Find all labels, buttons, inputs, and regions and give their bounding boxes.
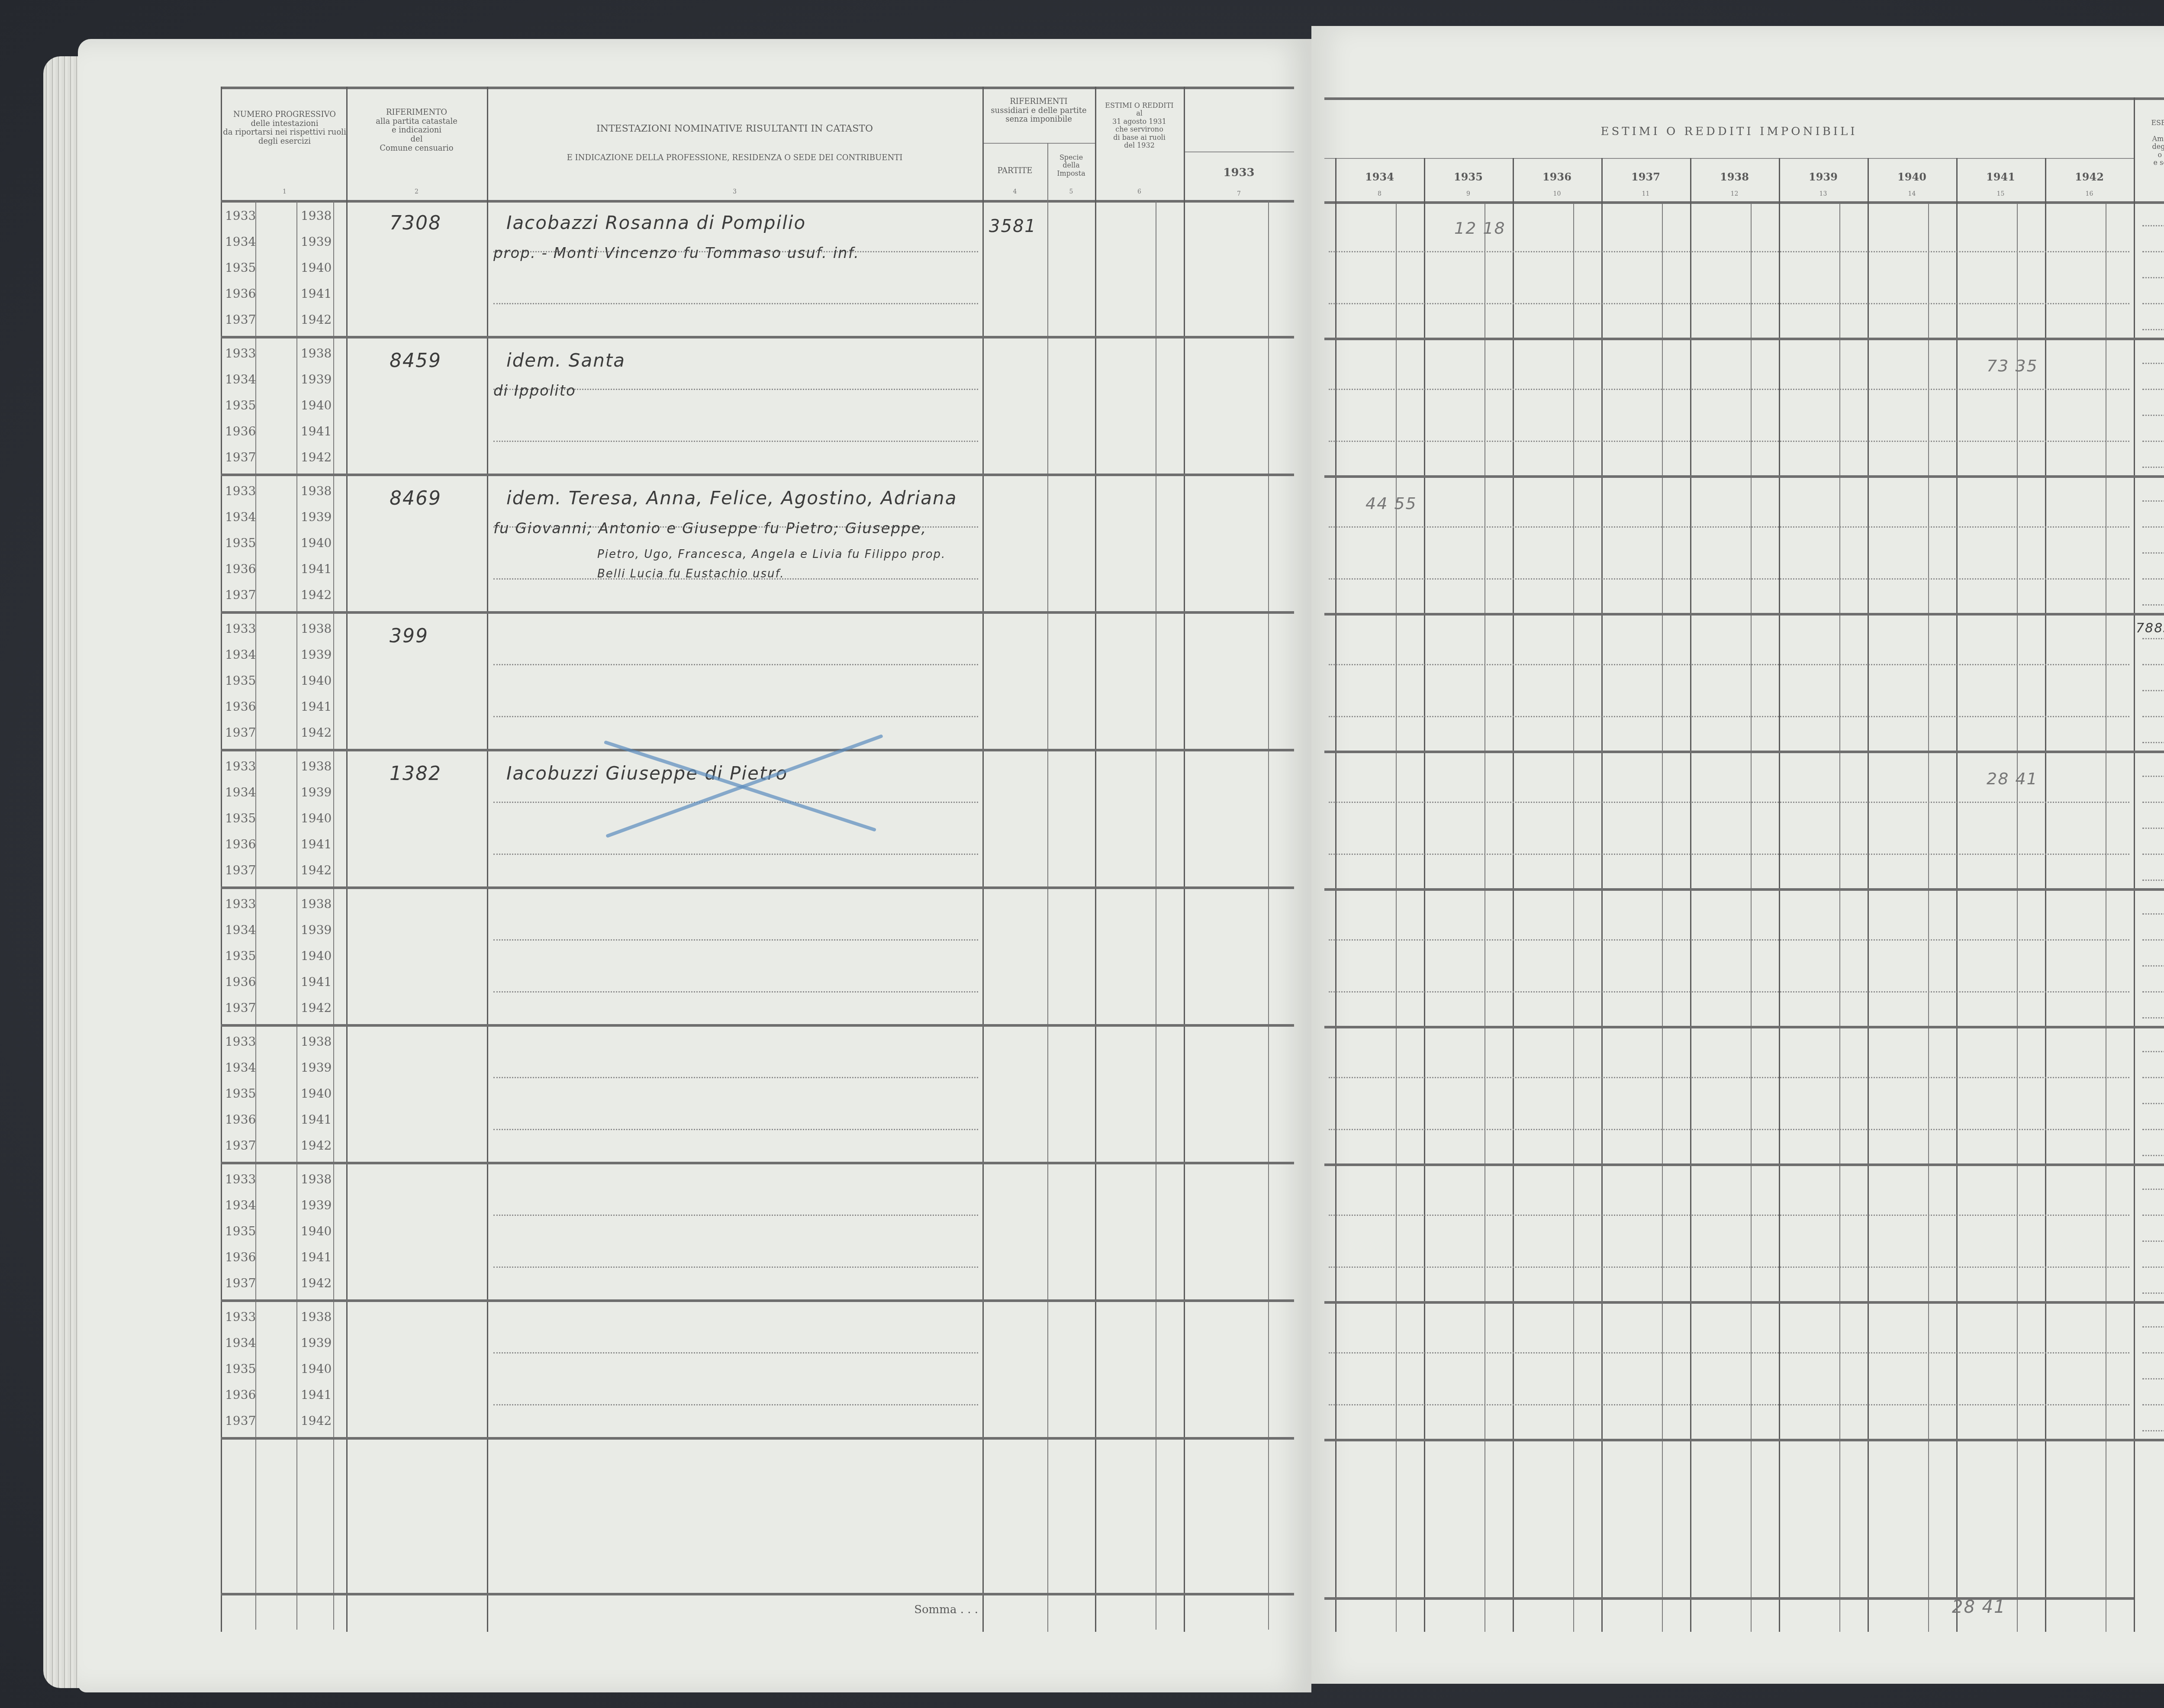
value-ruled-line bbox=[1329, 526, 2129, 528]
col4-line bbox=[982, 87, 984, 1632]
row-year-a: 1935 bbox=[225, 1086, 256, 1101]
row-year-a: 1935 bbox=[225, 261, 256, 275]
row-year-b: 1940 bbox=[301, 398, 332, 412]
right-header-bottom-rule bbox=[1324, 201, 2164, 204]
year-col-header: 1942 bbox=[2045, 171, 2134, 183]
esenzioni-ruled-line bbox=[2142, 1292, 2164, 1294]
esenzioni-ruled-line bbox=[2142, 1051, 2164, 1052]
year-col-line bbox=[1690, 158, 1691, 1632]
row-year-a: 1936 bbox=[225, 699, 256, 714]
record-separator-right bbox=[1324, 1163, 2164, 1166]
col1-title: NUMERO PROGRESSIVO bbox=[223, 110, 346, 119]
row-year-b: 1940 bbox=[301, 949, 332, 963]
year-cents-line bbox=[1485, 203, 1485, 1632]
esenzioni-ruled-line bbox=[2142, 389, 2164, 390]
col7-num: 7 bbox=[1184, 190, 1294, 197]
col4-5-header: RIFERIMENTI sussidiari e delle partite s… bbox=[982, 97, 1095, 124]
row-year-a: 1937 bbox=[225, 725, 256, 740]
year-col-line bbox=[1779, 158, 1780, 1632]
esenzioni-ruled-line bbox=[2142, 415, 2164, 416]
row-year-b: 1942 bbox=[301, 1276, 332, 1290]
esenzioni-ruled-line bbox=[2142, 854, 2164, 855]
esenzioni-sub-0: Ammontare bbox=[2134, 135, 2164, 143]
row-year-b: 1940 bbox=[301, 261, 332, 275]
esenzioni-ruled-line bbox=[2142, 828, 2164, 829]
estimo-value-1941: 73 35 bbox=[1987, 356, 2038, 375]
col5-header: Specie della Imposta bbox=[1047, 154, 1095, 177]
year-col-num: 8 bbox=[1335, 190, 1424, 197]
year-col-num: 16 bbox=[2045, 190, 2134, 197]
col6-header: ESTIMI O REDDITI al 31 agosto 1931 che s… bbox=[1095, 102, 1184, 149]
year-col-num: 14 bbox=[1868, 190, 1956, 197]
year-col-line bbox=[2045, 158, 2046, 1632]
year-col-num: 13 bbox=[1779, 190, 1868, 197]
esenzioni-ruled-line bbox=[2142, 939, 2164, 941]
esenzioni-line bbox=[2134, 97, 2135, 1632]
esenzioni-ruled-line bbox=[2142, 965, 2164, 967]
row-year-a: 1933 bbox=[225, 897, 256, 911]
esenzioni-ruled-line bbox=[2142, 1129, 2164, 1130]
col2-sub-1: e indicazioni bbox=[346, 126, 487, 135]
esenzioni-dash: — bbox=[2134, 127, 2164, 135]
esenzioni-ruled-line bbox=[2142, 1404, 2164, 1405]
esenzioni-ruled-line bbox=[2142, 251, 2164, 252]
esenzioni-sub-1: degli estimi bbox=[2134, 143, 2164, 151]
name-line-1: idem. Teresa, Anna, Felice, Agostino, Ad… bbox=[506, 487, 957, 509]
row-year-b: 1940 bbox=[301, 1362, 332, 1376]
row-year-a: 1937 bbox=[225, 863, 256, 877]
col6-line bbox=[1095, 87, 1096, 1632]
esenzioni-sub-3: e scadenze bbox=[2134, 159, 2164, 167]
esenzioni-ruled-line bbox=[2142, 1103, 2164, 1104]
row-year-a: 1934 bbox=[225, 785, 256, 799]
row-year-a: 1936 bbox=[225, 287, 256, 301]
col6-title-5: del 1932 bbox=[1095, 142, 1184, 149]
esenzioni-sub-2: o redditi bbox=[2134, 151, 2164, 159]
right-table-top-rule bbox=[1324, 97, 2164, 100]
record-separator-right bbox=[1324, 1439, 2164, 1441]
row-year-b: 1938 bbox=[301, 897, 332, 911]
esenzioni-ruled-line bbox=[2142, 880, 2164, 881]
row-year-b: 1940 bbox=[301, 811, 332, 825]
year-col-header: 1939 bbox=[1779, 171, 1868, 183]
ledger-scan: Mod. 111 - Imposte Dirette (Intercalare)… bbox=[0, 0, 2164, 1708]
esenzioni-ruled-line bbox=[2142, 329, 2164, 330]
esenzioni-ruled-line bbox=[2142, 716, 2164, 717]
value-ruled-line bbox=[1329, 939, 2129, 941]
name-ruled-line bbox=[493, 303, 978, 304]
esenzioni-ruled-line bbox=[2142, 225, 2164, 226]
value-ruled-line bbox=[1329, 1352, 2129, 1354]
col6-title-1: al bbox=[1095, 110, 1184, 117]
col6-title-4: di base ai ruoli bbox=[1095, 134, 1184, 142]
name-line-4: Belli Lucia fu Eustachio usuf. bbox=[597, 567, 785, 580]
record-separator-left bbox=[221, 474, 1294, 476]
esenzioni-title: ESENZIONI bbox=[2134, 119, 2164, 127]
col4-5-sub-0: sussidiari e delle partite bbox=[982, 106, 1095, 116]
header-bottom-rule bbox=[221, 200, 1294, 203]
row-year-b: 1942 bbox=[301, 1138, 332, 1153]
row-year-a: 1934 bbox=[225, 372, 256, 387]
name-line-2: prop. - Monti Vincenzo fu Tommaso usuf. … bbox=[493, 245, 860, 262]
row-year-a: 1936 bbox=[225, 424, 256, 438]
name-ruled-line bbox=[493, 1077, 978, 1078]
col5-title-1: della bbox=[1047, 161, 1095, 169]
row-year-b: 1938 bbox=[301, 346, 332, 361]
value-ruled-line bbox=[1329, 251, 2129, 252]
row-year-a: 1935 bbox=[225, 536, 256, 550]
esenzioni-ruled-line bbox=[2142, 1241, 2164, 1242]
col2-title: RIFERIMENTO bbox=[346, 108, 487, 117]
name-ruled-line bbox=[493, 716, 978, 717]
name-line-3: Pietro, Ugo, Francesca, Angela e Livia f… bbox=[597, 548, 946, 561]
col2-header: RIFERIMENTO alla partita catastale e ind… bbox=[346, 108, 487, 153]
year-col-line bbox=[1424, 158, 1425, 1632]
esenzioni-ruled-line bbox=[2142, 500, 2164, 502]
col4-num: 4 bbox=[982, 188, 1047, 195]
year-cents-line bbox=[1573, 203, 1574, 1632]
row-year-a: 1934 bbox=[225, 510, 256, 524]
row-year-a: 1936 bbox=[225, 975, 256, 989]
value-ruled-line bbox=[1329, 1215, 2129, 1216]
record-separator-right bbox=[1324, 475, 2164, 478]
name-ruled-line bbox=[493, 664, 978, 665]
esenzioni-ruled-line bbox=[2142, 526, 2164, 528]
row-year-b: 1939 bbox=[301, 235, 332, 249]
row-year-b: 1939 bbox=[301, 923, 332, 937]
record-separator-left bbox=[221, 336, 1294, 338]
col4-5-sub-1: senza imponibile bbox=[982, 115, 1095, 124]
row-year-b: 1939 bbox=[301, 1198, 332, 1212]
col1-num: 1 bbox=[223, 188, 346, 195]
esenzioni-ruled-line bbox=[2142, 578, 2164, 580]
name-ruled-line bbox=[493, 1215, 978, 1216]
record-separator-right bbox=[1324, 338, 2164, 340]
col6-num: 6 bbox=[1095, 188, 1184, 195]
year-col-header: 1941 bbox=[1956, 171, 2045, 183]
partite-value: 3581 bbox=[989, 216, 1037, 236]
table-top-rule bbox=[221, 87, 1294, 89]
value-ruled-line bbox=[1329, 1129, 2129, 1130]
col7-line bbox=[1184, 87, 1185, 1632]
row-year-b: 1938 bbox=[301, 1034, 332, 1049]
esenzioni-ruled-line bbox=[2142, 441, 2164, 442]
col2-sub-0: alla partita catastale bbox=[346, 117, 487, 126]
col6-title-2: 31 agosto 1931 bbox=[1095, 118, 1184, 126]
name-ruled-line bbox=[493, 1129, 978, 1130]
year-col-header: 1936 bbox=[1513, 171, 1601, 183]
row-year-b: 1939 bbox=[301, 785, 332, 799]
year-col-num: 10 bbox=[1513, 190, 1601, 197]
name-ruled-line bbox=[493, 1352, 978, 1354]
row-year-a: 1935 bbox=[225, 674, 256, 688]
somma-1941-value: 28 41 bbox=[1952, 1597, 2006, 1617]
year-cents-line bbox=[2017, 203, 2018, 1632]
year-col-header: 1934 bbox=[1335, 171, 1424, 183]
row-year-b: 1942 bbox=[301, 313, 332, 327]
col7b-line bbox=[1268, 201, 1269, 1630]
row-year-a: 1937 bbox=[225, 313, 256, 327]
row-year-a: 1936 bbox=[225, 1250, 256, 1264]
row-year-b: 1940 bbox=[301, 536, 332, 550]
col7-divider bbox=[1184, 151, 1294, 152]
row-year-a: 1935 bbox=[225, 1224, 256, 1238]
somma-top-rule-right bbox=[1324, 1597, 2134, 1600]
col1-sub-2: degli esercizi bbox=[223, 137, 346, 146]
estimo-value-1934: 44 55 bbox=[1365, 494, 1417, 513]
row-year-b: 1941 bbox=[301, 1388, 332, 1402]
row-year-b: 1942 bbox=[301, 725, 332, 740]
name-line-2: fu Giovanni; Antonio e Giuseppe fu Pietr… bbox=[493, 520, 927, 537]
col2-num: 2 bbox=[346, 188, 487, 195]
row-year-b: 1941 bbox=[301, 287, 332, 301]
col5-title-0: Specie bbox=[1047, 154, 1095, 161]
right-page bbox=[1311, 26, 2164, 1684]
col1b-line bbox=[296, 201, 297, 1630]
year-col-line bbox=[1601, 158, 1603, 1632]
name-ruled-line bbox=[493, 854, 978, 855]
esenzioni-ruled-line bbox=[2142, 1326, 2164, 1328]
row-year-b: 1939 bbox=[301, 1060, 332, 1075]
row-year-b: 1939 bbox=[301, 510, 332, 524]
row-year-a: 1933 bbox=[225, 759, 256, 773]
col6-title-0: ESTIMI O REDDITI bbox=[1095, 102, 1184, 110]
row-year-b: 1938 bbox=[301, 1310, 332, 1324]
row-year-a: 1937 bbox=[225, 1138, 256, 1153]
row-year-b: 1939 bbox=[301, 648, 332, 662]
row-year-b: 1941 bbox=[301, 424, 332, 438]
year-cents-line bbox=[1396, 203, 1397, 1632]
year-col-num: 9 bbox=[1424, 190, 1513, 197]
value-ruled-line bbox=[1329, 1404, 2129, 1405]
row-year-a: 1936 bbox=[225, 1388, 256, 1402]
value-ruled-line bbox=[1329, 1266, 2129, 1268]
row-year-a: 1934 bbox=[225, 235, 256, 249]
partita-ref: 7308 bbox=[390, 212, 441, 234]
value-ruled-line bbox=[1329, 303, 2129, 304]
year-col-num: 11 bbox=[1601, 190, 1690, 197]
col5-title-2: Imposta bbox=[1047, 170, 1095, 177]
row-year-b: 1942 bbox=[301, 863, 332, 877]
esenzioni-ruled-line bbox=[2142, 664, 2164, 665]
esenzioni-ruled-line bbox=[2142, 1352, 2164, 1354]
year-cents-line bbox=[2106, 203, 2106, 1632]
record-separator-right bbox=[1324, 1301, 2164, 1304]
row-year-a: 1934 bbox=[225, 923, 256, 937]
row-year-b: 1940 bbox=[301, 1086, 332, 1101]
year-col-line bbox=[1513, 158, 1514, 1632]
esenzioni-ruled-line bbox=[2142, 467, 2164, 468]
name-ruled-line bbox=[493, 1404, 978, 1405]
row-year-a: 1935 bbox=[225, 398, 256, 412]
record-separator-right bbox=[1324, 613, 2164, 616]
left-page bbox=[78, 39, 1311, 1692]
name-line-1: Iacobuzzi Giuseppe di Pietro bbox=[506, 763, 788, 784]
row-year-b: 1942 bbox=[301, 450, 332, 464]
year-col-header: 1935 bbox=[1424, 171, 1513, 183]
row-year-b: 1941 bbox=[301, 837, 332, 851]
value-ruled-line bbox=[1329, 664, 2129, 665]
esenzioni-ruled-line bbox=[2142, 303, 2164, 304]
esenzioni-ruled-line bbox=[2142, 802, 2164, 803]
esenzioni-ruled-line bbox=[2142, 1215, 2164, 1216]
col1-header: NUMERO PROGRESSIVO delle intestazioni da… bbox=[223, 110, 346, 146]
row-year-a: 1935 bbox=[225, 949, 256, 963]
row-year-b: 1941 bbox=[301, 1112, 332, 1127]
year-cents-line bbox=[1751, 203, 1752, 1632]
row-year-b: 1939 bbox=[301, 1336, 332, 1350]
esenzioni-ruled-line bbox=[2142, 1077, 2164, 1078]
col6b-line bbox=[1156, 201, 1156, 1630]
value-ruled-line bbox=[1329, 716, 2129, 717]
record-separator-right bbox=[1324, 1026, 2164, 1028]
year-col-num: 15 bbox=[1956, 190, 2045, 197]
esenzioni-header: ESENZIONI — Ammontare degli estimi o red… bbox=[2134, 119, 2164, 167]
col2-sub-2: del bbox=[346, 135, 487, 144]
value-ruled-line bbox=[1329, 854, 2129, 855]
row-year-b: 1938 bbox=[301, 209, 332, 223]
record-separator-left bbox=[221, 1024, 1294, 1027]
row-year-b: 1942 bbox=[301, 1414, 332, 1428]
record-separator-right bbox=[1324, 888, 2164, 891]
estimo-value-1941: 28 41 bbox=[1987, 769, 2038, 788]
esenzioni-ruled-line bbox=[2142, 1017, 2164, 1018]
esenzioni-ruled-line bbox=[2142, 991, 2164, 993]
estimo-value-1935: 12 18 bbox=[1454, 219, 1506, 238]
row-year-b: 1941 bbox=[301, 562, 332, 576]
value-ruled-line bbox=[1329, 389, 2129, 390]
esenzioni-ruled-line bbox=[2142, 552, 2164, 554]
record-separator-left bbox=[221, 611, 1294, 614]
year-col-header: 1938 bbox=[1690, 171, 1779, 183]
row-year-a: 1933 bbox=[225, 346, 256, 361]
row-year-a: 1936 bbox=[225, 562, 256, 576]
year-col-line bbox=[1868, 158, 1869, 1632]
name-line-2: di Ippolito bbox=[493, 382, 576, 400]
col1-sub-0: delle intestazioni bbox=[223, 119, 346, 129]
esenzioni-num: 17 bbox=[2134, 190, 2164, 197]
esenzioni-ruled-line bbox=[2142, 1430, 2164, 1431]
record-separator-left bbox=[221, 1299, 1294, 1302]
col2-line bbox=[346, 87, 348, 1632]
name-line-1: Iacobazzi Rosanna di Pompilio bbox=[506, 212, 806, 233]
row-year-a: 1934 bbox=[225, 648, 256, 662]
row-year-a: 1934 bbox=[225, 1198, 256, 1212]
col4-5-divider bbox=[982, 143, 1095, 144]
partita-ref: 1382 bbox=[390, 763, 441, 785]
name-line-1: idem. Santa bbox=[506, 350, 625, 371]
row-year-b: 1941 bbox=[301, 1250, 332, 1264]
esenzioni-ruled-line bbox=[2142, 1155, 2164, 1156]
row-year-b: 1942 bbox=[301, 1001, 332, 1015]
value-ruled-line bbox=[1329, 802, 2129, 803]
year-col-line bbox=[1956, 158, 1958, 1632]
row-year-a: 1937 bbox=[225, 1414, 256, 1428]
year-col-header: 1937 bbox=[1601, 171, 1690, 183]
record-separator-left bbox=[221, 749, 1294, 751]
record-separator-right bbox=[1324, 751, 2164, 753]
esenzioni-ruled-line bbox=[2142, 363, 2164, 364]
col4-5-title: RIFERIMENTI bbox=[982, 97, 1095, 106]
esenzioni-ruled-line bbox=[2142, 1189, 2164, 1190]
esenzioni-ruled-line bbox=[2142, 638, 2164, 639]
esenzioni-ruled-line bbox=[2142, 1378, 2164, 1379]
year-col-num: 12 bbox=[1690, 190, 1779, 197]
row-year-a: 1937 bbox=[225, 1276, 256, 1290]
table-left-border bbox=[221, 87, 222, 1632]
col4-title: PARTITE bbox=[982, 167, 1047, 176]
col6-title-3: che servirono bbox=[1095, 126, 1184, 133]
row-year-b: 1942 bbox=[301, 588, 332, 602]
row-year-a: 1937 bbox=[225, 450, 256, 464]
col3-num: 3 bbox=[487, 188, 982, 195]
row-year-a: 1933 bbox=[225, 1310, 256, 1324]
row-year-b: 1940 bbox=[301, 674, 332, 688]
row-year-a: 1936 bbox=[225, 837, 256, 851]
somma-label: Somma . . . bbox=[822, 1604, 978, 1617]
col1-sub-1: da riportarsi nei rispettivi ruoli bbox=[223, 128, 346, 137]
partita-ref: 399 bbox=[390, 625, 428, 647]
col3-line bbox=[487, 87, 488, 1632]
row-year-a: 1934 bbox=[225, 1060, 256, 1075]
row-year-b: 1941 bbox=[301, 975, 332, 989]
row-year-b: 1938 bbox=[301, 1172, 332, 1186]
row-year-b: 1939 bbox=[301, 372, 332, 387]
name-ruled-line bbox=[493, 991, 978, 993]
row-year-a: 1933 bbox=[225, 484, 256, 498]
row-year-a: 1933 bbox=[225, 1034, 256, 1049]
row-year-b: 1938 bbox=[301, 622, 332, 636]
esenzioni-value: 7883 bbox=[2136, 621, 2164, 636]
estimi-group-title: ESTIMI O REDDITI IMPONIBILI bbox=[1324, 126, 2134, 139]
row-year-b: 1941 bbox=[301, 699, 332, 714]
col5-num: 5 bbox=[1047, 188, 1095, 195]
col1c-line bbox=[333, 201, 334, 1630]
partita-ref: 8459 bbox=[390, 350, 441, 372]
col3-title: INTESTAZIONI NOMINATIVE RISULTANTI IN CA… bbox=[487, 123, 982, 134]
row-year-a: 1937 bbox=[225, 588, 256, 602]
row-year-b: 1940 bbox=[301, 1224, 332, 1238]
esenzioni-ruled-line bbox=[2142, 277, 2164, 278]
name-ruled-line bbox=[493, 1266, 978, 1268]
year-col-line bbox=[1335, 158, 1336, 1632]
value-ruled-line bbox=[1329, 991, 2129, 993]
esenzioni-ruled-line bbox=[2142, 690, 2164, 691]
record-separator-left bbox=[221, 1162, 1294, 1164]
col3-sub: E INDICAZIONE DELLA PROFESSIONE, RESIDEN… bbox=[487, 154, 982, 163]
esenzioni-ruled-line bbox=[2142, 604, 2164, 606]
partita-ref: 8469 bbox=[390, 487, 441, 509]
col2-sub-3: Comune censuario bbox=[346, 144, 487, 153]
name-ruled-line bbox=[493, 802, 978, 803]
esenzioni-ruled-line bbox=[2142, 1266, 2164, 1268]
year-cents-line bbox=[1839, 203, 1840, 1632]
record-separator-left bbox=[221, 1437, 1294, 1440]
row-year-a: 1933 bbox=[225, 1172, 256, 1186]
year-col-header: 1940 bbox=[1868, 171, 1956, 183]
row-year-a: 1933 bbox=[225, 209, 256, 223]
esenzioni-ruled-line bbox=[2142, 776, 2164, 777]
row-year-a: 1935 bbox=[225, 1362, 256, 1376]
value-ruled-line bbox=[1329, 1077, 2129, 1078]
value-ruled-line bbox=[1329, 578, 2129, 580]
name-ruled-line bbox=[493, 939, 978, 941]
esenzioni-ruled-line bbox=[2142, 913, 2164, 915]
value-ruled-line bbox=[1329, 441, 2129, 442]
row-year-a: 1934 bbox=[225, 1336, 256, 1350]
row-year-a: 1937 bbox=[225, 1001, 256, 1015]
row-year-a: 1933 bbox=[225, 622, 256, 636]
